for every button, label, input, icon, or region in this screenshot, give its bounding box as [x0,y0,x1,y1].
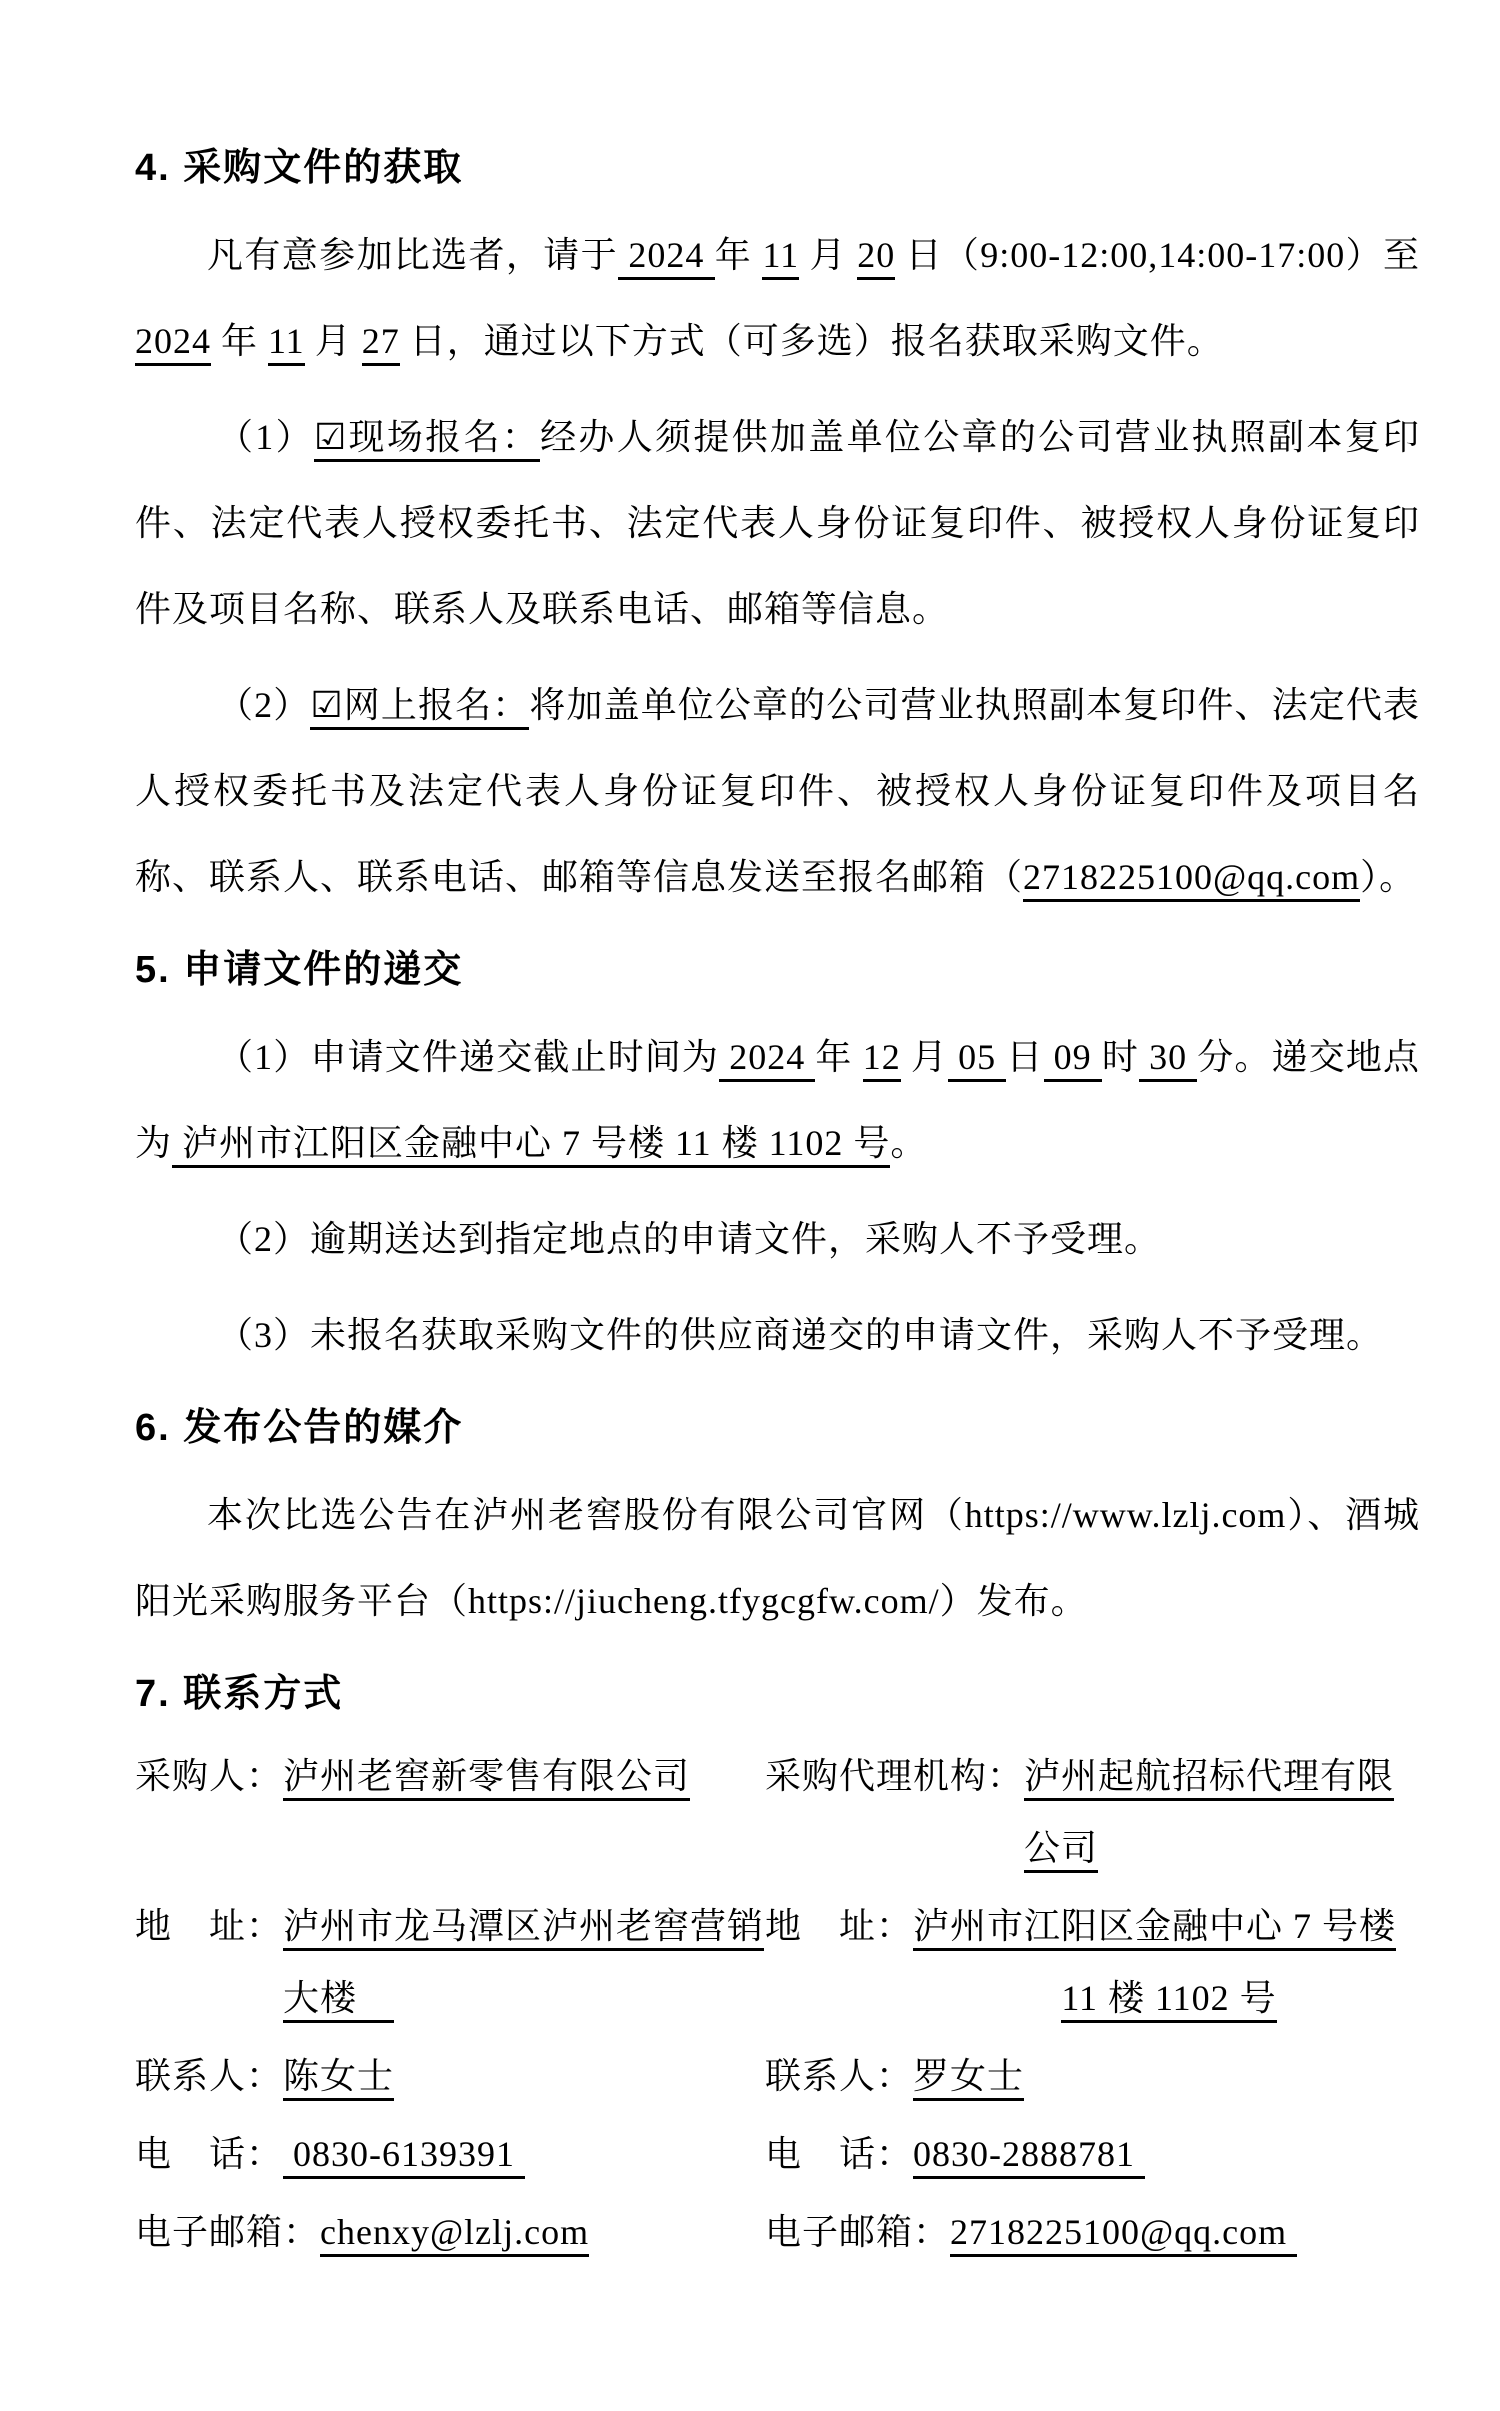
agency-address-row: 地 址： 泸州市江阳区金融中心 7 号楼 11 楼 1102 号 [765,1890,1425,2034]
contact-info-table: 采购人： 泸州老窖新零售有限公司 采购代理机构： 泸州起航招标代理有限 公司 地… [135,1740,1420,2274]
text-segment: 27 [362,321,400,366]
text-segment: 月 [901,1037,948,1077]
agency-address-line2: 11 楼 1102 号 [1061,1978,1276,2023]
text-segment: 年 [715,235,763,275]
buyer-contact-name: 陈女士 [283,2056,394,2101]
text-segment: 本次比选公告在泸州老窖股份有限公司官网（https://www.lzlj.com… [135,1495,1420,1621]
text-segment: 。 [890,1123,927,1163]
buyer-address-line1: 泸州市龙马潭区泸州老窖营销 [283,1906,764,1951]
buyer-name-row: 采购人： 泸州老窖新零售有限公司 [135,1740,765,1884]
buyer-address-value: 泸州市龙马潭区泸州老窖营销 大楼 [283,1890,765,2034]
agency-contact-person-row: 联系人： 罗女士 [765,2040,1425,2112]
procurement-notice-document: 4. 采购文件的获取 凡有意参加比选者，请于 2024 年 11 月 20 日（… [0,0,1500,2411]
text-segment: 日（9:00-12:00,14:00-17:00）至 [895,235,1420,275]
text-segment: 日，通过以下方式（可多选）报名获取采购文件。 [400,321,1224,361]
agency-email-row: 电子邮箱： 2718225100@qq.com [765,2196,1425,2268]
text-segment: 年 [211,321,268,361]
text-segment: （2）逾期送达到指定地点的申请文件，采购人不予受理。 [217,1219,1161,1259]
text-segment: 30 [1139,1037,1197,1082]
agency-phone-number: 0830-2888781 [913,2134,1145,2179]
para-announcement-media: 本次比选公告在泸州老窖股份有限公司官网（https://www.lzlj.com… [135,1472,1420,1644]
buyer-phone-row: 电 话： 0830-6139391 [135,2118,765,2190]
text-segment: 日 [1006,1037,1043,1077]
agency-contact-name: 罗女士 [913,2056,1024,2101]
para-submission-deadline: （1）申请文件递交截止时间为 2024 年 12 月 05 日 09 时 30 … [135,1014,1420,1186]
section-6-heading: 6. 发布公告的媒介 [135,1398,1420,1458]
buyer-name-text: 泸州老窖新零售有限公司 [283,1756,690,1801]
agency-name-line2-wrap: 公司 [1024,1812,1425,1884]
text-segment: 泸州市江阳区金融中心 7 号楼 11 楼 1102 号 [172,1123,890,1168]
buyer-name-value: 泸州老窖新零售有限公司 [283,1740,765,1812]
section-7-heading: 7. 联系方式 [135,1664,1420,1724]
section-4-heading: 4. 采购文件的获取 [135,138,1420,198]
agency-address-line2-wrap: 11 楼 1102 号 [913,1962,1425,2034]
agency-address-line1-wrap: 泸州市江阳区金融中心 7 号楼 [913,1890,1425,1962]
text-segment: 2024 [719,1037,815,1082]
section-5-heading: 5. 申请文件的递交 [135,940,1420,1000]
text-segment: 月 [305,321,362,361]
buyer-contact-value: 陈女士 [283,2040,765,2112]
agency-address-label: 地 址： [765,1890,913,1962]
agency-email-label: 电子邮箱： [765,2196,950,2268]
text-segment: 11 [268,321,305,366]
text-segment: 2718225100@qq.com [1023,857,1360,902]
agency-email-value: 2718225100@qq.com [950,2196,1425,2268]
text-segment: 现场报名： [347,417,540,462]
agency-phone-row: 电 话： 0830-2888781 [765,2118,1425,2190]
agency-name-line1-wrap: 泸州起航招标代理有限 [1024,1740,1425,1812]
text-segment: 2024 [135,321,211,366]
buyer-email-value: chenxy@lzlj.com [320,2196,765,2268]
checkbox-checked-icon: ☑ [310,685,343,730]
agency-address-line1: 泸州市江阳区金融中心 7 号楼 [913,1906,1396,1951]
buyer-address-line2-wrap: 大楼 [283,1962,765,2034]
text-segment: 2024 [618,235,715,280]
agency-label: 采购代理机构： [765,1740,1024,1812]
text-segment: 11 [762,235,799,280]
text-segment: （1）申请文件递交截止时间为 [217,1037,719,1077]
agency-contact-label: 联系人： [765,2040,913,2112]
agency-address-value: 泸州市江阳区金融中心 7 号楼 11 楼 1102 号 [913,1890,1425,2034]
buyer-contact-label: 联系人： [135,2040,283,2112]
para-document-acquisition-dates: 凡有意参加比选者，请于 2024 年 11 月 20 日（9:00-12:00,… [135,212,1420,384]
buyer-phone-label: 电 话： [135,2118,283,2190]
agency-name-row: 采购代理机构： 泸州起航招标代理有限 公司 [765,1740,1425,1884]
para-unregistered-submission-rejected: （3）未报名获取采购文件的供应商递交的申请文件，采购人不予受理。 [135,1292,1420,1378]
agency-name-line1: 泸州起航招标代理有限 [1024,1756,1394,1801]
text-segment: 凡有意参加比选者，请于 [207,235,618,275]
agency-name-line2: 公司 [1024,1828,1098,1873]
para-onsite-registration: （1）☑现场报名：经办人须提供加盖单位公章的公司营业执照副本复印件、法定代表人授… [135,394,1420,652]
text-segment: 网上报名： [344,685,530,730]
para-late-submission-rejected: （2）逾期送达到指定地点的申请文件，采购人不予受理。 [135,1196,1420,1282]
buyer-email-label: 电子邮箱： [135,2196,320,2268]
buyer-phone-number: 0830-6139391 [283,2134,525,2179]
agency-email-address: 2718225100@qq.com [950,2212,1297,2257]
text-segment: （2） [217,685,310,725]
text-segment: ）。 [1360,857,1416,897]
buyer-address-line1-wrap: 泸州市龙马潭区泸州老窖营销 [283,1890,765,1962]
agency-name-value: 泸州起航招标代理有限 公司 [1024,1740,1425,1884]
agency-phone-label: 电 话： [765,2118,913,2190]
buyer-email-row: 电子邮箱： chenxy@lzlj.com [135,2196,765,2268]
text-segment: 时 [1102,1037,1139,1077]
text-segment: 09 [1044,1037,1102,1082]
buyer-phone-value: 0830-6139391 [283,2118,765,2190]
para-online-registration: （2）☑网上报名：将加盖单位公章的公司营业执照副本复印件、法定代表人授权委托书及… [135,662,1420,920]
buyer-label: 采购人： [135,1740,283,1812]
buyer-address-row: 地 址： 泸州市龙马潭区泸州老窖营销 大楼 [135,1890,765,2034]
text-segment: 月 [799,235,857,275]
checkbox-checked-icon: ☑ [314,417,347,462]
agency-contact-value: 罗女士 [913,2040,1425,2112]
text-segment: 05 [948,1037,1006,1082]
text-segment: 20 [857,235,895,280]
buyer-email-address: chenxy@lzlj.com [320,2212,589,2257]
text-segment: 12 [863,1037,901,1082]
text-segment: （1） [217,417,314,457]
buyer-contact-person-row: 联系人： 陈女士 [135,2040,765,2112]
buyer-address-line2: 大楼 [283,1978,394,2023]
text-segment: 年 [815,1037,862,1077]
text-segment: （3）未报名获取采购文件的供应商递交的申请文件，采购人不予受理。 [217,1315,1383,1355]
agency-phone-value: 0830-2888781 [913,2118,1425,2190]
buyer-address-label: 地 址： [135,1890,283,1962]
